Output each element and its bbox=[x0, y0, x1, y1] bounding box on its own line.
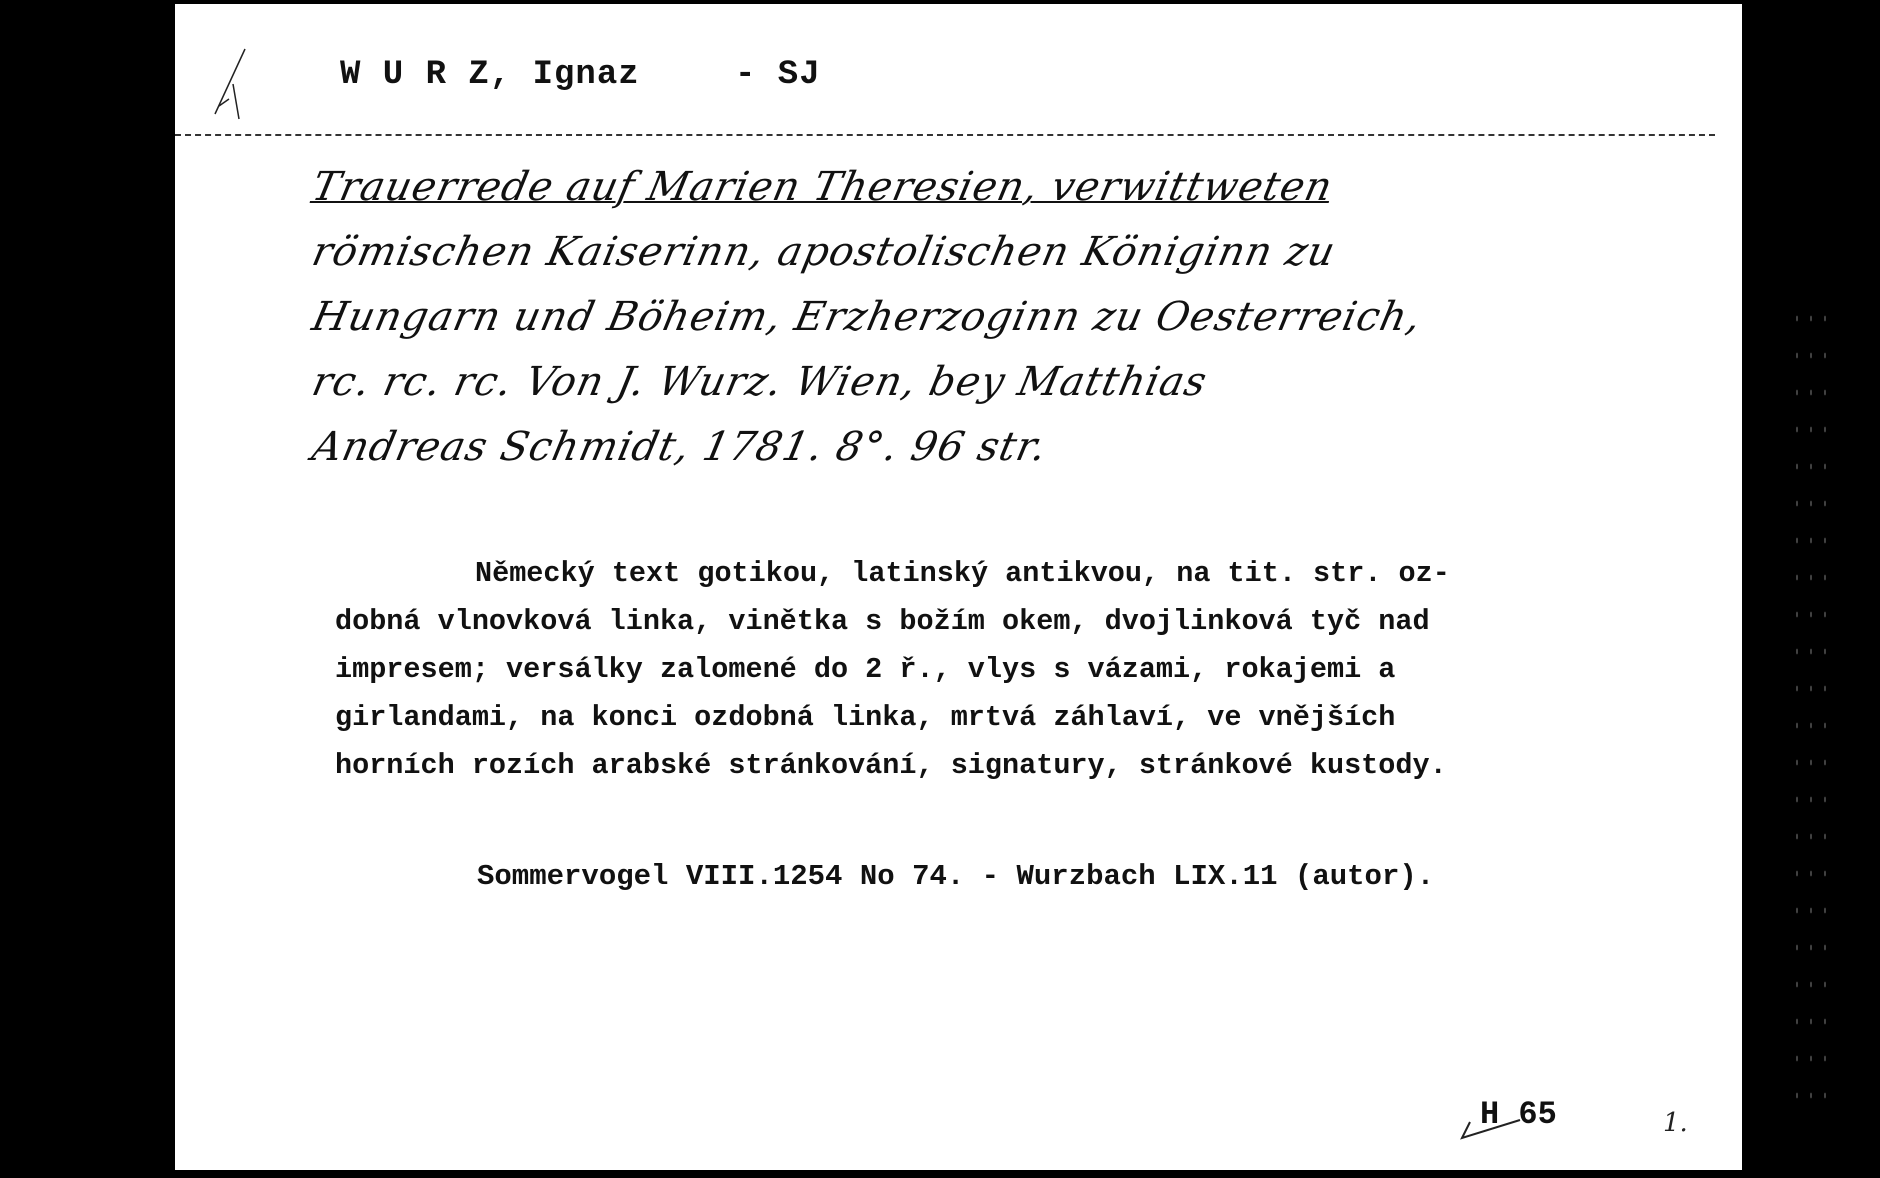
shelfmark: H 65 bbox=[1480, 1096, 1557, 1133]
description-line: impresem; versálky zalomené do 2 ř., vly… bbox=[335, 653, 1395, 686]
religious-order: - SJ bbox=[735, 56, 821, 94]
handwritten-title-line: Andreas Schmidt, 1781. 8°. 96 str. bbox=[308, 424, 1051, 470]
author-name: W U R Z, Ignaz bbox=[340, 56, 640, 94]
handwritten-title-line: rc. rc. rc. Von J. Wurz. Wien, bey Matth… bbox=[308, 359, 1211, 405]
card-number: 1. bbox=[1663, 1108, 1688, 1138]
header-divider bbox=[175, 134, 1715, 136]
description-line: dobná vlnovková linka, vinětka s božím o… bbox=[335, 605, 1430, 638]
description-line: Německý text gotikou, latinský antikvou,… bbox=[475, 557, 1450, 590]
catalog-card: W U R Z, Ignaz - SJ Trauerrede auf Marie… bbox=[175, 4, 1742, 1170]
pencil-mark-icon bbox=[205, 44, 265, 124]
bibliographic-references: Sommervogel VIII.1254 No 74. - Wurzbach … bbox=[477, 860, 1434, 893]
handwritten-title-line: römischen Kaiserinn, apostolischen König… bbox=[308, 229, 1340, 275]
scan-noise bbox=[1790, 300, 1830, 1100]
description-line: girlandami, na konci ozdobná linka, mrtv… bbox=[335, 701, 1395, 734]
description-line: horních rozích arabské stránkování, sign… bbox=[335, 749, 1447, 782]
handwritten-title-line: Trauerrede auf Marien Theresien, verwitt… bbox=[308, 164, 1337, 210]
handwritten-title-line: Hungarn und Böheim, Erzherzoginn zu Oest… bbox=[308, 294, 1426, 340]
